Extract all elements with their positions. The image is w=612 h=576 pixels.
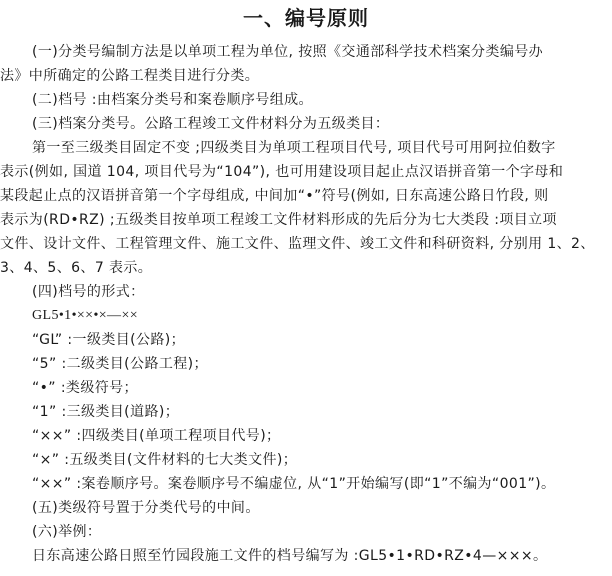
format-item-1: “1” :三级类目(道路)； <box>32 402 612 422</box>
paragraph-5-heading: (四)档号的形式： <box>32 282 612 302</box>
section-title: 一、编号原则 <box>0 2 612 31</box>
paragraph-7-heading: (六)举例： <box>32 522 612 542</box>
paragraph-4-line-6: 3、4、5、6、7 表示。 <box>0 258 612 278</box>
archive-number-format: GL5•1•××•×—×× <box>32 306 612 326</box>
format-item-5: “5” :二级类目(公路工程)； <box>32 354 612 374</box>
format-item-level5: “×” :五级类目(文件材料的七大类文件)； <box>32 450 612 470</box>
paragraph-1-line-1: (一)分类号编制方法是以单项工程为单位, 按照《交通部科学技术档案分类编号办 <box>32 42 612 62</box>
format-item-volume-seq: “××” :案卷顺序号。案卷顺序号不编虚位, 从“1”开始编写(即“1”不编为“… <box>32 474 612 494</box>
paragraph-2: (二)档号 :由档案分类号和案卷顺序号组成。 <box>32 90 612 110</box>
format-item-gl: “GL” :一级类目(公路)； <box>32 330 612 350</box>
paragraph-4-line-3: 某段起止点的汉语拼音第一个字母组成, 中间加“•”符号(例如, 日东高速公路日竹… <box>0 186 612 206</box>
format-item-level4: “××” :四级类目(单项工程项目代号)； <box>32 426 612 446</box>
paragraph-6: (五)类级符号置于分类代号的中间。 <box>32 498 612 518</box>
paragraph-4-line-2: 表示(例如, 国道 104, 项目代号为“104”), 也可用建设项目起止点汉语… <box>0 162 612 182</box>
paragraph-3: (三)档案分类号。公路工程竣工文件材料分为五级类目： <box>32 114 612 134</box>
paragraph-1-line-2: 法》中所确定的公路工程类目进行分类。 <box>0 66 612 86</box>
format-item-dot: “•” :类级符号； <box>32 378 612 398</box>
paragraph-4-line-1: 第一至三级类目固定不变 ;四级类目为单项工程项目代号, 项目代号可用阿拉伯数字 <box>32 138 612 158</box>
example-line: 日东高速公路日照至竹园段施工文件的档号编写为 :GL5•1•RD•RZ•4—××… <box>32 546 612 566</box>
paragraph-4-line-5: 文件、设计文件、工程管理文件、施工文件、监理文件、竣工文件和科研资料, 分别用 … <box>0 234 612 254</box>
paragraph-4-line-4: 表示为(RD•RZ) ;五级类目按单项工程竣工文件材料形成的先后分为七大类段 :… <box>0 210 612 230</box>
